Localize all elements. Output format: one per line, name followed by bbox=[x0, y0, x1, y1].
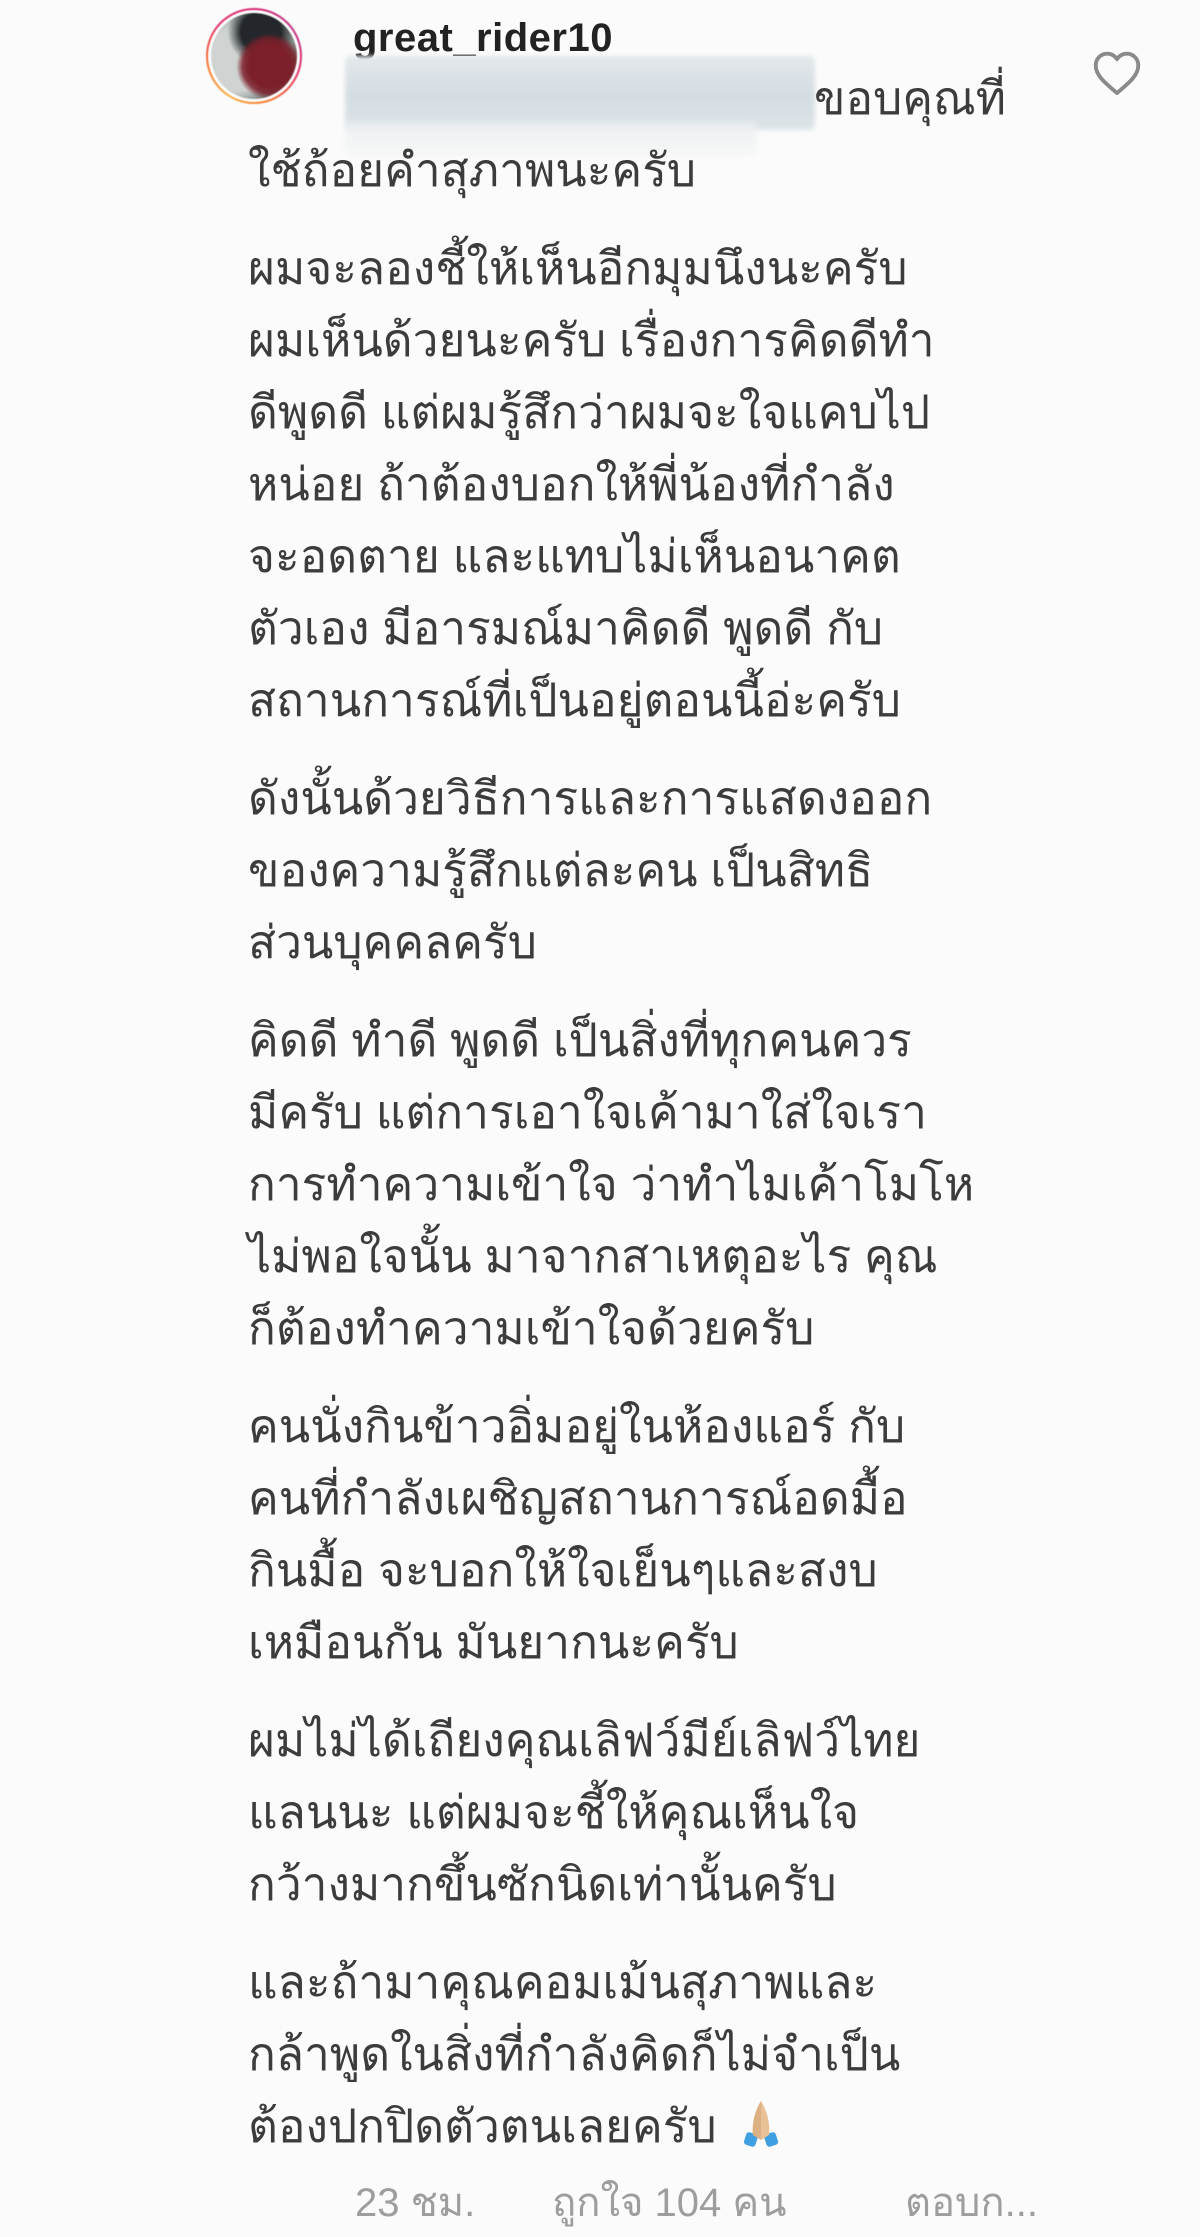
comment-line: ผมจะลองชี้ให้เห็นอีกมุมนึงนะครับ bbox=[248, 232, 1078, 304]
comment-line: เหมือนกัน มันยากนะครับ bbox=[248, 1606, 1078, 1678]
comment-line: จะอดตาย และแทบไม่เห็นอนาคต bbox=[248, 520, 1078, 592]
comment-body: ขอบคุณที่ใช้ถ้อยคำสุภาพนะครับผมจะลองชี้ใ… bbox=[248, 62, 1078, 2162]
comment-line: หน่อย ถ้าต้องบอกให้พี่น้องที่กำลัง bbox=[248, 448, 1078, 520]
reply-button[interactable]: ตอบก... bbox=[905, 2170, 1038, 2234]
like-count-button[interactable]: ถูกใจ 104 คน bbox=[552, 2170, 786, 2234]
comment-paragraph: คนนั่งกินข้าวอิ่มอยู่ในห้องแอร์ กับคนที่… bbox=[248, 1390, 1078, 1678]
comment-line: การทำความเข้าใจ ว่าทำไมเค้าโมโห bbox=[248, 1148, 1078, 1220]
comment-line: ส่วนบุคคลครับ bbox=[248, 906, 1078, 978]
comment-paragraph: และถ้ามาคุณคอมเม้นสุภาพและกล้าพูดในสิ่งท… bbox=[248, 1946, 1078, 2162]
comment-line: ของความรู้สึกแต่ละคน เป็นสิทธิ bbox=[248, 834, 1078, 906]
comment-line: สถานการณ์ที่เป็นอยู่ตอนนี้อ่ะครับ bbox=[248, 664, 1078, 736]
comment-line: ก็ต้องทำความเข้าใจด้วยครับ bbox=[248, 1292, 1078, 1364]
comment-paragraph: คิดดี ทำดี พูดดี เป็นสิ่งที่ทุกคนควรมีคร… bbox=[248, 1004, 1078, 1364]
comment-line: คิดดี ทำดี พูดดี เป็นสิ่งที่ทุกคนควร bbox=[248, 1004, 1078, 1076]
comment-line: ดีพูดดี แต่ผมรู้สึกว่าผมจะใจแคบไป bbox=[248, 376, 1078, 448]
comment-line: ต้องปกปิดตัวตนเลยครับ bbox=[248, 2090, 1078, 2162]
instagram-comment-screenshot: great_rider10 ขอบคุณที่ใช้ถ้อยคำสุภาพนะค… bbox=[0, 0, 1200, 2237]
comment-line: มีครับ แต่การเอาใจเค้ามาใส่ใจเรา bbox=[248, 1076, 1078, 1148]
comment-line: กินมื้อ จะบอกให้ใจเย็นๆและสงบ bbox=[248, 1534, 1078, 1606]
comment-line: ไม่พอใจนั้น มาจากสาเหตุอะไร คุณ bbox=[248, 1220, 1078, 1292]
comment-paragraph: ดังนั้นด้วยวิธีการและการแสดงออกของความรู… bbox=[248, 762, 1078, 978]
comment-paragraph: ผมจะลองชี้ให้เห็นอีกมุมนึงนะครับผมเห็นด้… bbox=[248, 232, 1078, 736]
folded-hands-emoji bbox=[739, 2096, 783, 2144]
comment-line: กล้าพูดในสิ่งที่กำลังคิดก็ไม่จำเป็น bbox=[248, 2018, 1078, 2090]
timestamp: 23 ชม. bbox=[355, 2170, 475, 2234]
comment-line: คนที่กำลังเผชิญสถานการณ์อดมื้อ bbox=[248, 1462, 1078, 1534]
comment-line: ตัวเอง มีอารมณ์มาคิดดี พูดดี กับ bbox=[248, 592, 1078, 664]
comment-line: กว้างมากขึ้นซักนิดเท่านั้นครับ bbox=[248, 1848, 1078, 1920]
comment-line: ดังนั้นด้วยวิธีการและการแสดงออก bbox=[248, 762, 1078, 834]
comment-meta-row: 23 ชม. ถูกใจ 104 คน ตอบก... bbox=[0, 2170, 1200, 2230]
comment-line: แลนนะ แต่ผมจะชี้ให้คุณเห็นใจ bbox=[248, 1776, 1078, 1848]
comment-line: ใช้ถ้อยคำสุภาพนะครับ bbox=[248, 134, 1078, 206]
comment-line: และถ้ามาคุณคอมเม้นสุภาพและ bbox=[248, 1946, 1078, 2018]
comment-like-button[interactable] bbox=[1088, 44, 1146, 102]
comment-paragraph: ขอบคุณที่ใช้ถ้อยคำสุภาพนะครับ bbox=[248, 62, 1078, 206]
username[interactable]: great_rider10 bbox=[353, 16, 613, 61]
comment-line: ผมเห็นด้วยนะครับ เรื่องการคิดดีทำ bbox=[248, 304, 1078, 376]
comment-paragraph: ผมไม่ได้เถียงคุณเลิฟว์มีย์เลิฟว์ไทยแลนนะ… bbox=[248, 1704, 1078, 1920]
heart-outline-icon bbox=[1088, 44, 1146, 102]
comment-line: คนนั่งกินข้าวอิ่มอยู่ในห้องแอร์ กับ bbox=[248, 1390, 1078, 1462]
comment-line: ขอบคุณที่ bbox=[248, 62, 1078, 134]
comment-line: ผมไม่ได้เถียงคุณเลิฟว์มีย์เลิฟว์ไทย bbox=[248, 1704, 1078, 1776]
